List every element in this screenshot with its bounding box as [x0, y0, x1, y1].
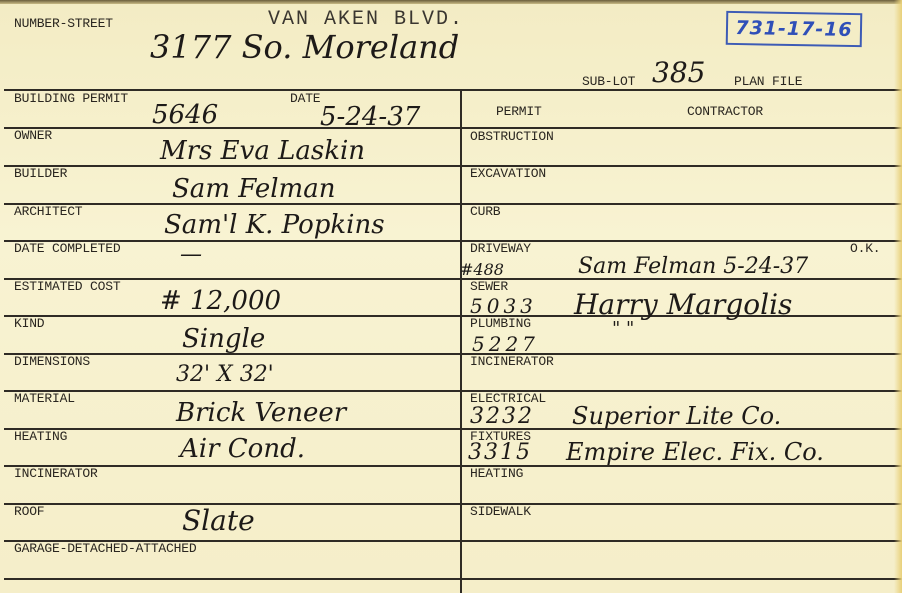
- builder-label: BUILDER: [14, 166, 67, 181]
- incinerator-permit-label: INCINERATOR: [470, 354, 554, 369]
- sewer-contractor-value: Harry Margolis: [574, 288, 792, 321]
- file-number-stamp: 731-17-16: [726, 11, 863, 47]
- garage-label: GARAGE-DETACHED-ATTACHED: [14, 541, 196, 556]
- electrical-permit-value: 3232: [470, 404, 534, 429]
- plumbing-label: PLUMBING: [470, 316, 531, 331]
- incinerator-label: INCINERATOR: [14, 466, 98, 481]
- handwritten-address: 3177 So. Moreland: [150, 28, 459, 66]
- heating-permit-label: HEATING: [470, 466, 523, 481]
- divider: [4, 390, 902, 392]
- estimated-cost-label: ESTIMATED COST: [14, 279, 120, 294]
- architect-label: ARCHITECT: [14, 204, 82, 219]
- date-completed-label: DATE COMPLETED: [14, 241, 120, 256]
- electrical-contractor-value: Superior Lite Co.: [572, 402, 781, 430]
- dimensions-label: DIMENSIONS: [14, 354, 90, 369]
- owner-value: Mrs Eva Laskin: [160, 136, 365, 166]
- building-permit-card: NUMBER-STREET VAN AKEN BLVD. 3177 So. Mo…: [0, 0, 902, 593]
- estimated-cost-value: # 12,000: [160, 286, 281, 316]
- driveway-permit-value: #488: [460, 260, 504, 279]
- date-label: DATE: [290, 91, 320, 106]
- owner-label: OWNER: [14, 128, 52, 143]
- divider: [4, 353, 902, 355]
- kind-label: KIND: [14, 316, 44, 331]
- material-label: MATERIAL: [14, 391, 75, 406]
- fixtures-contractor-value: Empire Elec. Fix. Co.: [566, 438, 824, 466]
- material-value: Brick Veneer: [176, 398, 346, 428]
- contractor-column-header: CONTRACTOR: [687, 104, 763, 119]
- excavation-label: EXCAVATION: [470, 166, 546, 181]
- number-street-label: NUMBER-STREET: [14, 16, 113, 31]
- curb-label: CURB: [470, 204, 500, 219]
- plan-file-label: PLAN FILE: [734, 74, 802, 89]
- plumbing-permit-value: 5227: [472, 332, 539, 356]
- dimensions-value: 32' X 32': [176, 362, 274, 387]
- sewer-label: SEWER: [470, 279, 508, 294]
- heating-label: HEATING: [14, 429, 67, 444]
- roof-label: ROOF: [14, 504, 44, 519]
- column-divider: [460, 89, 462, 593]
- sidewalk-label: SIDEWALK: [470, 504, 531, 519]
- date-value: 5-24-37: [320, 102, 420, 132]
- kind-value: Single: [182, 324, 265, 354]
- roof-value: Slate: [182, 504, 255, 537]
- architect-value: Sam'l K. Popkins: [164, 210, 385, 240]
- date-completed-value: —: [180, 242, 202, 267]
- divider: [460, 89, 902, 91]
- divider: [4, 578, 902, 580]
- divider: [4, 240, 902, 242]
- building-permit-label: BUILDING PERMIT: [14, 91, 128, 106]
- divider: [4, 165, 902, 167]
- obstruction-label: OBSTRUCTION: [470, 129, 554, 144]
- plumbing-contractor-ditto: " ": [612, 318, 634, 339]
- driveway-label: DRIVEWAY: [470, 241, 531, 256]
- driveway-ok-note: O.K.: [850, 241, 880, 256]
- permit-column-header: PERMIT: [496, 104, 542, 119]
- fixtures-permit-value: 3315: [468, 440, 532, 465]
- sublot-label: SUB-LOT: [582, 74, 635, 89]
- building-permit-value: 5646: [152, 100, 218, 130]
- heating-value: Air Cond.: [180, 434, 305, 464]
- driveway-contractor-value: Sam Felman 5-24-37: [578, 254, 808, 279]
- sublot-value: 385: [652, 56, 705, 89]
- divider: [4, 503, 902, 505]
- sewer-permit-value: 5033: [470, 294, 537, 318]
- divider: [4, 127, 902, 129]
- divider: [4, 203, 902, 205]
- builder-value: Sam Felman: [172, 174, 335, 204]
